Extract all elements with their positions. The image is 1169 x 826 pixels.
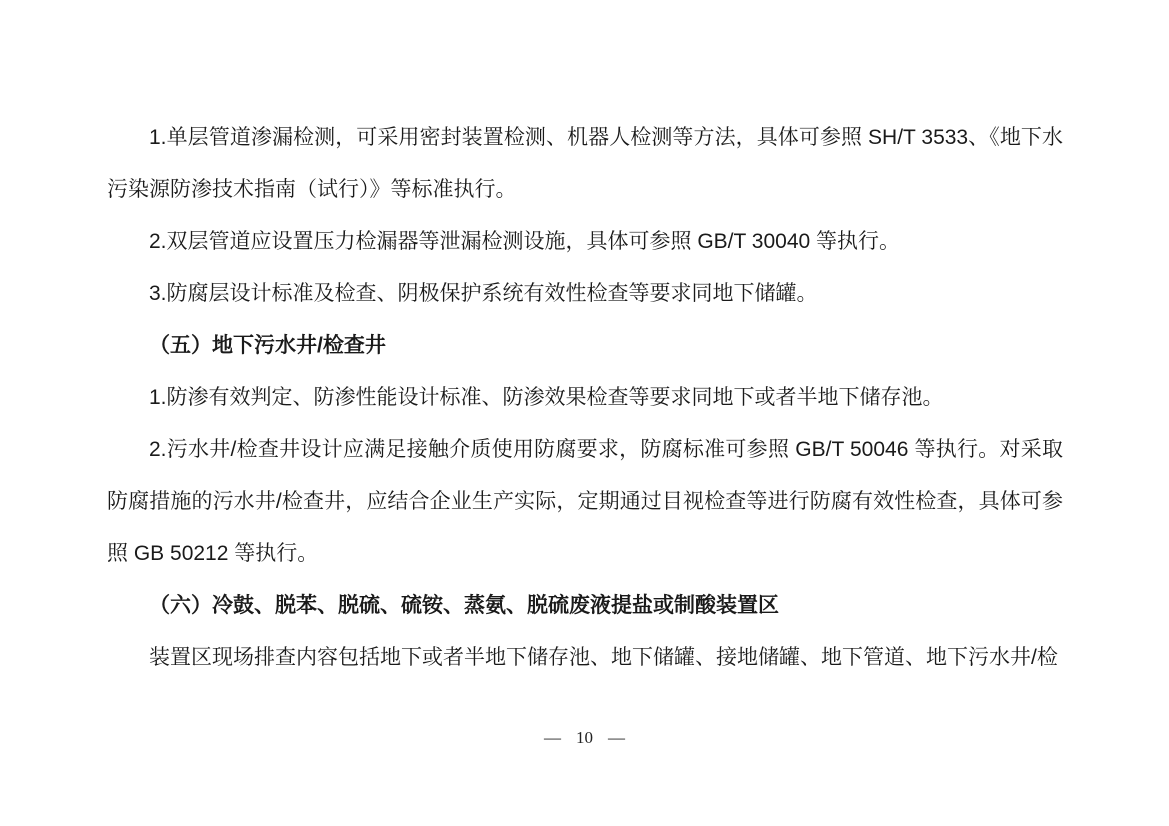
paragraph-double-layer-pipeline: 2.双层管道应设置压力检漏器等泄漏检测设施，具体可参照 GB/T 30040 等…: [107, 216, 1063, 268]
paragraph-device-area-inspection: 装置区现场排查内容包括地下或者半地下储存池、地下储罐、接地储罐、地下管道、地下污…: [107, 632, 1063, 684]
paragraph-single-layer-pipeline-detection: 1.单层管道渗漏检测，可采用密封装置检测、机器人检测等方法，具体可参照 SH/T…: [107, 112, 1063, 216]
section-heading-6-device-area: （六）冷鼓、脱苯、脱硫、硫铵、蒸氨、脱硫废液提盐或制酸装置区: [107, 580, 1063, 632]
paragraph-seepage-prevention-judgement: 1.防渗有效判定、防渗性能设计标准、防渗效果检查等要求同地下或者半地下储存池。: [107, 372, 1063, 424]
document-body: 1.单层管道渗漏检测，可采用密封装置检测、机器人检测等方法，具体可参照 SH/T…: [107, 112, 1063, 684]
paragraph-anticorrosion-layer: 3.防腐层设计标准及检查、阴极保护系统有效性检查等要求同地下储罐。: [107, 268, 1063, 320]
footer-dash-right: —: [608, 728, 625, 748]
section-heading-5-underground-sewage-well: （五）地下污水井/检查井: [107, 320, 1063, 372]
document-page: 1.单层管道渗漏检测，可采用密封装置检测、机器人检测等方法，具体可参照 SH/T…: [0, 0, 1169, 826]
page-number: 10: [576, 728, 593, 748]
paragraph-sewage-well-design: 2.污水井/检查井设计应满足接触介质使用防腐要求，防腐标准可参照 GB/T 50…: [107, 424, 1063, 580]
page-footer: — 10 —: [0, 728, 1169, 748]
footer-dash-left: —: [544, 728, 561, 748]
